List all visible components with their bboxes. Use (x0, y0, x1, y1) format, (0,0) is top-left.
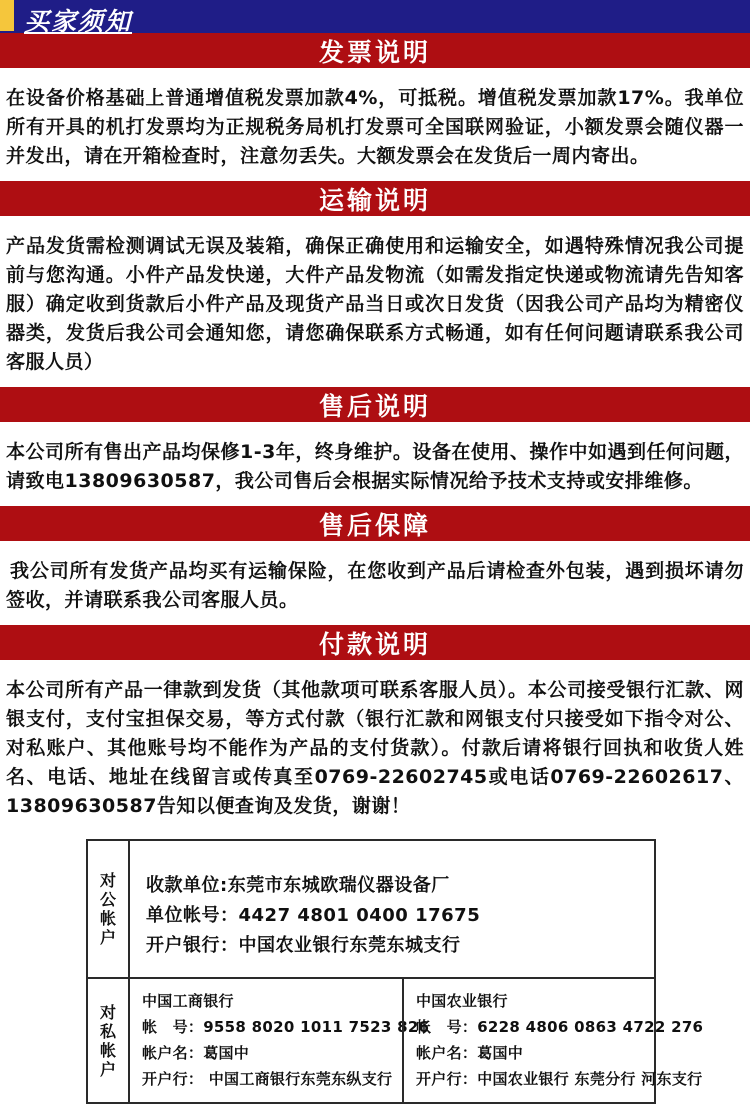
bank-accounts-table: 对公帐户 收款单位:东莞市东城欧瑞仪器设备厂 单位帐号：4427 4801 04… (86, 839, 656, 1104)
abc-account-holder: 帐户名：葛国中 (416, 1040, 703, 1066)
banner-accent-stripe (0, 0, 14, 31)
abc-branch: 开户行：中国农业银行 东莞分行 河东支行 (416, 1066, 703, 1092)
section-header-invoice: 发票说明 (0, 33, 750, 68)
section-title: 售后说明 (319, 387, 431, 423)
section-body-aftersales: 本公司所有售出产品均保修1-3年，终身维护。设备在使用、操作中如遇到任何问题，请… (0, 438, 750, 496)
section-warranty: 售后保障 我公司所有发货产品均买有运输保险，在您收到产品后请检查外包装，遇到损坏… (0, 506, 750, 615)
section-payment: 付款说明 本公司所有产品一律款到发货（其他款项可联系客服人员）。本公司接受银行汇… (0, 625, 750, 1104)
section-aftersales: 售后说明 本公司所有售出产品均保修1-3年，终身维护。设备在使用、操作中如遇到任… (0, 387, 750, 496)
icbc-account-number: 帐 号：9558 8020 1011 7523 826 (142, 1014, 396, 1040)
corporate-account-label: 对公帐户 (99, 871, 117, 947)
section-invoice: 发票说明 在设备价格基础上普通增值税发票加款4%，可抵税。增值税发票加款17%。… (0, 33, 750, 171)
icbc-bank-name: 中国工商银行 (142, 988, 396, 1014)
icbc-account-cell: 中国工商银行 帐 号：9558 8020 1011 7523 826 帐户名：葛… (130, 979, 402, 1102)
section-body-invoice: 在设备价格基础上普通增值税发票加款4%，可抵税。增值税发票加款17%。我单位所有… (0, 84, 750, 171)
page-banner: 买家须知 (0, 0, 750, 33)
section-header-warranty: 售后保障 (0, 506, 750, 541)
abc-account-number: 帐 号：6228 4806 0863 4722 276 (416, 1014, 703, 1040)
corporate-account-row: 对公帐户 收款单位:东莞市东城欧瑞仪器设备厂 单位帐号：4427 4801 04… (88, 841, 654, 977)
abc-account-cell: 中国农业银行 帐 号：6228 4806 0863 4722 276 帐户名：葛… (402, 979, 709, 1102)
section-header-payment: 付款说明 (0, 625, 750, 660)
abc-bank-name: 中国农业银行 (416, 988, 703, 1014)
section-title: 运输说明 (319, 181, 431, 217)
banner-title: 买家须知 (24, 2, 132, 38)
buyer-notice-page: { "banner": { "title": "买家须知" }, "colors… (0, 0, 750, 1104)
private-account-label: 对私帐户 (99, 1003, 117, 1079)
corporate-account-details: 收款单位:东莞市东城欧瑞仪器设备厂 单位帐号：4427 4801 0400 17… (130, 841, 654, 977)
section-body-warranty: 我公司所有发货产品均买有运输保险，在您收到产品后请检查外包装，遇到损坏请勿签收，… (0, 557, 750, 615)
section-title: 付款说明 (319, 625, 431, 661)
private-account-label-cell: 对私帐户 (88, 979, 130, 1102)
payee-name-line: 收款单位:东莞市东城欧瑞仪器设备厂 (146, 871, 644, 901)
section-body-payment: 本公司所有产品一律款到发货（其他款项可联系客服人员）。本公司接受银行汇款、网银支… (0, 676, 750, 821)
section-header-aftersales: 售后说明 (0, 387, 750, 422)
corporate-account-label-cell: 对公帐户 (88, 841, 130, 977)
corporate-bank-branch-line: 开户银行：中国农业银行东莞东城支行 (146, 931, 644, 961)
icbc-account-holder: 帐户名：葛国中 (142, 1040, 396, 1066)
section-body-shipping: 产品发货需检测调试无误及装箱，确保正确使用和运输安全，如遇特殊情况我公司提前与您… (0, 232, 750, 377)
section-title: 发票说明 (319, 33, 431, 69)
private-account-row: 对私帐户 中国工商银行 帐 号：9558 8020 1011 7523 826 … (88, 977, 654, 1102)
corporate-account-number-line: 单位帐号：4427 4801 0400 17675 (146, 901, 644, 931)
icbc-branch: 开户行： 中国工商银行东莞东纵支行 (142, 1066, 396, 1092)
section-title: 售后保障 (319, 506, 431, 542)
section-shipping: 运输说明 产品发货需检测调试无误及装箱，确保正确使用和运输安全，如遇特殊情况我公… (0, 181, 750, 377)
section-header-shipping: 运输说明 (0, 181, 750, 216)
